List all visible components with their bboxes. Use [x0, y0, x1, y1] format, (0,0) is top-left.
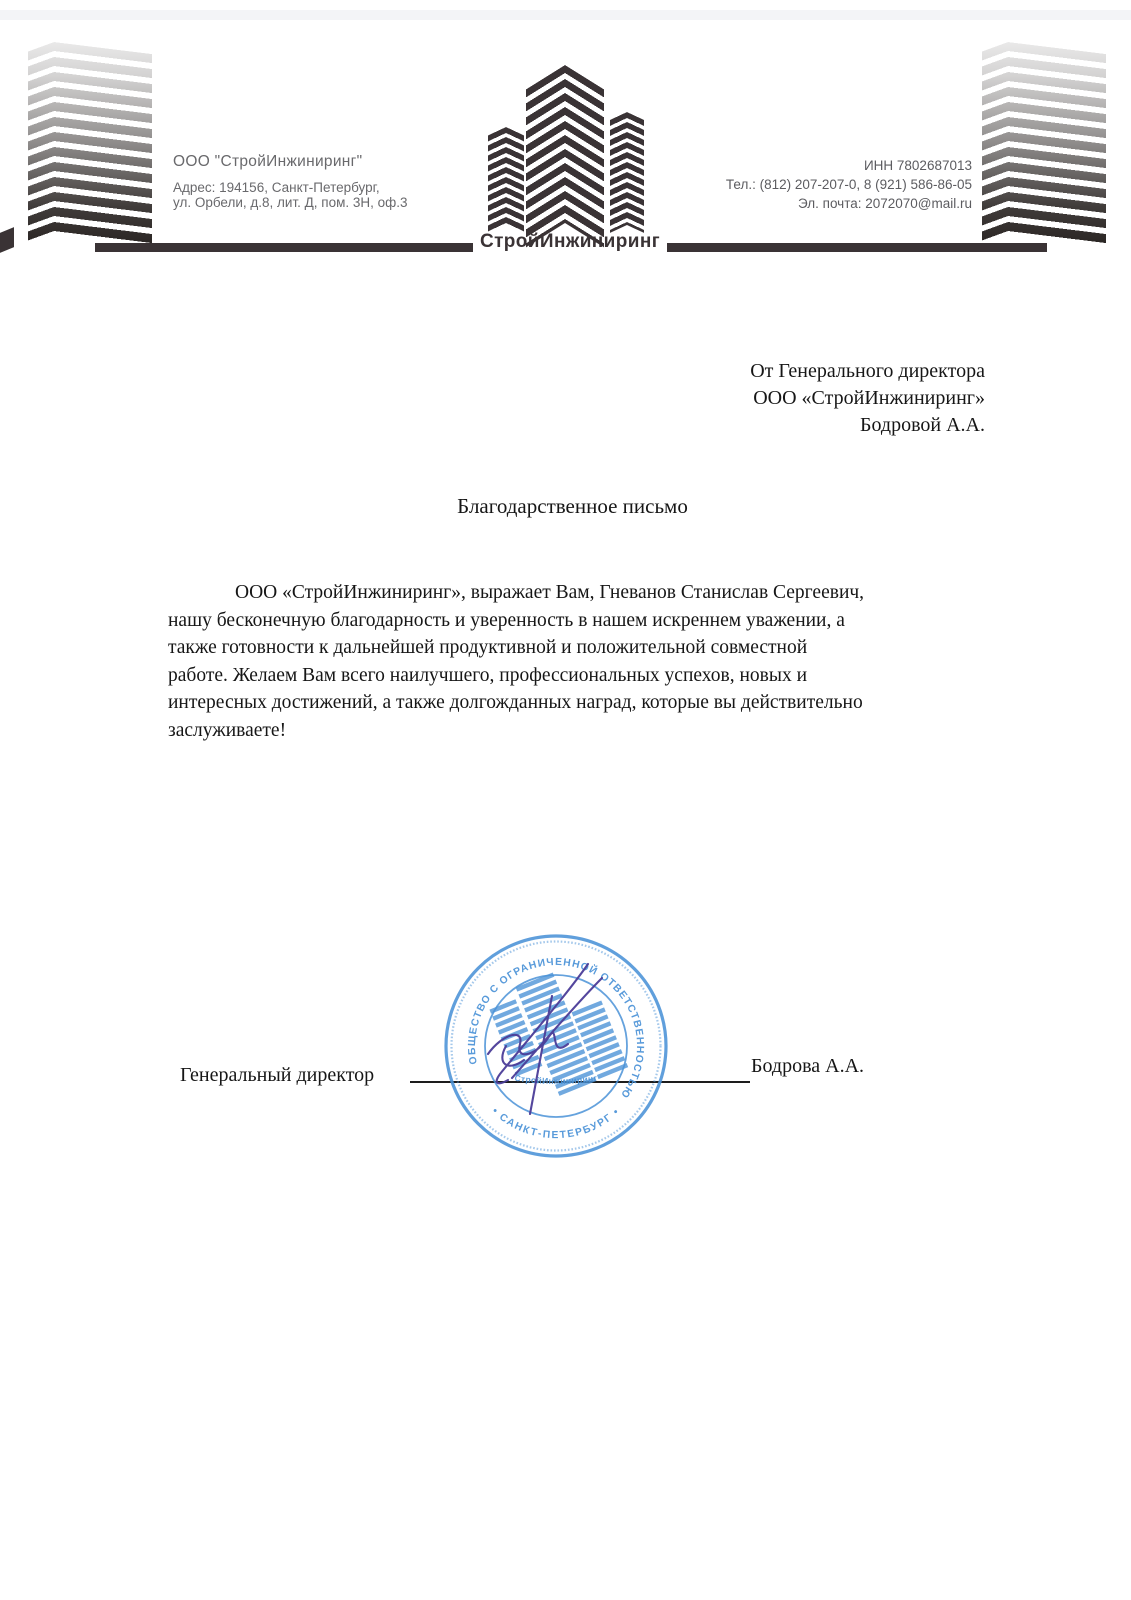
logo-building-half: [488, 127, 506, 233]
company-address-line1: Адрес: 194156, Санкт-Петербург,: [173, 180, 408, 195]
building-fade-overlay: [974, 26, 1114, 252]
company-logo: СтройИнжиниринг: [460, 55, 680, 260]
body-line: ООО «СтройИнжиниринг», выражает Вам, Гне…: [168, 579, 986, 607]
decor-building-left: [28, 42, 152, 236]
logo-building-half: [565, 65, 604, 247]
company-name: ООО "СтройИнжиниринг": [173, 153, 408, 171]
body-line: интересных достижений, а также долгождан…: [168, 689, 986, 717]
body-line: нашу бесконечную благодарность и уверенн…: [168, 607, 986, 635]
logo-building-half: [506, 127, 524, 233]
addressee-line: ООО «СтройИнжиниринг»: [750, 385, 985, 412]
logo-building-right-icon: [610, 112, 644, 225]
signature-role: Генеральный директор: [180, 1064, 374, 1087]
contact-info-block: ИНН 7802687013 Тел.: (812) 207-207-0, 8 …: [726, 156, 972, 213]
body-line: также готовности к дальнейшей продуктивн…: [168, 634, 986, 662]
letter-page: ООО "СтройИнжиниринг" Адрес: 194156, Сан…: [0, 0, 1131, 1600]
letter-title: Благодарственное письмо: [0, 494, 1131, 519]
letter-body: ООО «СтройИнжиниринг», выражает Вам, Гне…: [168, 579, 986, 744]
logo-building-half: [526, 65, 565, 247]
company-inn: ИНН 7802687013: [726, 156, 972, 175]
signature-name: Бодрова А.А.: [751, 1055, 864, 1078]
decor-building-right: [982, 42, 1106, 236]
header-divider-right: [667, 243, 1047, 252]
header-divider-left: [95, 243, 473, 252]
stamp-ring-text-bottom: • САНКТ-ПЕТЕРБУРГ •: [489, 1106, 622, 1141]
addressee-block: От Генерального директора ООО «СтройИнжи…: [750, 358, 985, 439]
logo-building-half: [610, 112, 627, 233]
logo-building-left-icon: [488, 127, 524, 225]
company-email: Эл. почта: 2072070@mail.ru: [726, 194, 972, 213]
company-phone: Тел.: (812) 207-207-0, 8 (921) 586-86-05: [726, 175, 972, 194]
logo-wordmark: СтройИнжиниринг: [460, 231, 680, 253]
building-fade-overlay: [20, 26, 160, 252]
logo-building-center-icon: [526, 65, 604, 223]
body-line: заслуживаете!: [168, 717, 986, 745]
company-info-block: ООО "СтройИнжиниринг" Адрес: 194156, Сан…: [173, 153, 408, 210]
addressee-line: Бодровой А.А.: [750, 412, 985, 439]
body-line: работе. Желаем Вам всего наилучшего, про…: [168, 662, 986, 690]
logo-building-half: [627, 112, 644, 233]
stamp-center-text: СтройИнжиниринг: [514, 1073, 598, 1086]
scan-edge-mark: [0, 227, 14, 253]
company-round-stamp: ОБЩЕСТВО С ОГРАНИЧЕННОЙ ОТВЕТСТВЕННОСТЬЮ…: [436, 926, 676, 1166]
scan-artifact-band: [0, 10, 1131, 20]
stamp-buildings-icon: [490, 975, 627, 1094]
addressee-line: От Генерального директора: [750, 358, 985, 385]
company-address-line2: ул. Орбели, д.8, лит. Д, пом. 3Н, оф.3: [173, 195, 408, 210]
